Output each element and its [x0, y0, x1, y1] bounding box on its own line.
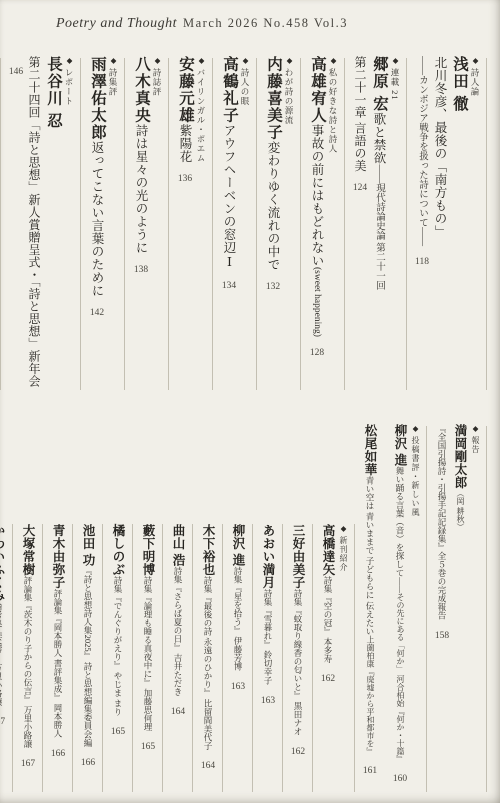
toc-entry: ◆報告満岡剛太郎（岡 耕秋）『全国引揚詩・引揚手記記録集』全５巻の完成報告158	[430, 424, 486, 796]
work-title: 変わりゆく流れの中で	[266, 141, 280, 271]
author-name: 松尾如華	[363, 424, 377, 476]
page-number: 118	[415, 257, 429, 267]
author-name: 柳沢 進	[231, 524, 245, 567]
work-title: 紫陽花	[178, 124, 192, 163]
category-label: ◆詩人論	[469, 56, 481, 394]
work-subtitle: 詩集『最後の詩 永遠のひかり』 比留間美代子	[203, 576, 213, 750]
page-number: 132	[266, 282, 280, 292]
work-subtitle: 青い空は 青いままで 子どもらに 伝えたい	[365, 476, 375, 635]
entry-body: 橘しのぶ詩集『でんぐりがえり』 やじま まり165	[109, 524, 127, 796]
work-note: ――その先にある「何か」 河合柏始『何か・十篇』	[396, 577, 405, 763]
author-name: 浅田 徹	[451, 56, 468, 112]
work-note: （岡 耕秋）	[456, 489, 465, 531]
entry-body: 高雄宥人事故の前にはもどれない(sweet happening)128	[307, 56, 327, 394]
page-number: 146	[9, 67, 23, 77]
work-title: 北川冬彦、最後の「南方もの」	[433, 56, 447, 238]
entry-body: 浅田 徹北川冬彦、最後の「南方もの」――カンボジア戦争を扱った詩について――11…	[413, 56, 469, 394]
toc-entry: ◆詩人論浅田 徹北川冬彦、最後の「南方もの」――カンボジア戦争を扱った詩について…	[410, 56, 486, 394]
work-subtitle: ――カンボジア戦争を扱った詩について――	[417, 56, 427, 246]
page-number: 134	[222, 281, 236, 291]
work-subtitle: 論考集『交響』 万里小路譲	[0, 602, 3, 706]
category-label: ◆私の好きな詩と詩人	[327, 56, 339, 394]
work-subtitle: 詩集『でんぐりがえり』 やじま まり	[113, 576, 123, 716]
category-label: ◆報告	[469, 424, 481, 796]
toc-entry: ◆バイリンガル・ポエム安藤元雄紫陽花136	[172, 56, 212, 394]
toc-entry: ◆レポート長谷川 忍第二十四回「詩と思想」新人賞贈呈式・「詩と思想」新年会146	[4, 56, 80, 394]
author-name: かわいふくみ	[0, 524, 5, 602]
author-name: 橘しのぶ	[111, 524, 125, 576]
diamond-icon: ◆	[411, 424, 420, 433]
category-label: ◆連載 21	[389, 56, 401, 394]
entry-body: 池田 功『詩と思想詩人集2025』 詩と思想編集委員会編166	[79, 524, 97, 796]
work-subtitle: 舞い踊る言葉（音）を探して	[395, 467, 405, 578]
page-number: 166	[81, 758, 95, 768]
diamond-icon: ◆	[471, 56, 480, 65]
toc-entry: 青木由弥子評論集『岡本勝人 書評集成』 岡本勝人166	[46, 424, 72, 796]
work-subtitle: 詩集『さらば夏の日』 吉井ただき	[173, 567, 183, 697]
diamond-icon: ◆	[153, 56, 162, 65]
page-number: 124	[353, 183, 367, 193]
diamond-icon: ◆	[241, 56, 250, 65]
page-number: 162	[291, 747, 305, 757]
category-label: ◆詩誌評	[151, 56, 163, 394]
work-subtitle: ――現代詩論史論 第二十一回	[374, 164, 384, 290]
toc-entry: 柳沢 進詩集『星を拾う』 伊藤芳博163	[226, 424, 252, 796]
work-subtitle: 詩集『雪暮れ』 鈴切幸子	[263, 589, 273, 685]
toc-entry: 池田 功『詩と思想詩人集2025』 詩と思想編集委員会編166	[76, 424, 102, 796]
toc-section-bottom: ◆報告満岡剛太郎（岡 耕秋）『全国引揚詩・引揚手記記録集』全５巻の完成報告158…	[12, 424, 490, 796]
page-number: 138	[134, 265, 148, 275]
author-name: 高鶴礼子	[221, 56, 238, 124]
entry-body: 三好由美子詩集『蚊取り線香の匂いと』 黒田ナオ162	[289, 524, 307, 796]
diamond-icon: ◆	[197, 56, 206, 65]
entry-body: 松尾如華青い空は 青いままで 子どもらに 伝えたい上薗柏康『廃墟から平和都市を』…	[361, 424, 379, 796]
author-name: 八木真央	[133, 56, 150, 124]
diamond-icon: ◆	[285, 56, 294, 65]
category-label: ◆新刊紹介	[337, 524, 349, 796]
author-name: 大塚常樹	[21, 524, 35, 576]
toc-entry: ◆詩集評雨澤佑太郎返ってこない言葉のために142	[84, 56, 124, 394]
toc-entry: あおい満月詩集『雪暮れ』 鈴切幸子163	[256, 424, 282, 796]
entry-body: 八木真央詩は星々の光のように138	[131, 56, 151, 394]
work-title: 第二十四回「詩と思想」新人賞贈呈式・「詩と思想」新年会	[27, 56, 41, 388]
entry-body: 藪下明博詩集『論理も睡る真夜中に』 加藤思何理165	[139, 524, 157, 796]
author-name: 安藤元雄	[177, 56, 194, 124]
toc-entry: 木下裕也詩集『最後の詩 永遠のひかり』 比留間美代子164	[196, 424, 222, 796]
entry-body: 曲山 浩詩集『さらば夏の日』 吉井ただき164	[169, 524, 187, 796]
toc-entry: かわいふくみ論考集『交響』 万里小路譲167	[0, 424, 12, 796]
work-title: アウフヘーベンの窓辺Ⅰ	[222, 124, 236, 270]
toc-entry: 三好由美子詩集『蚊取り線香の匂いと』 黒田ナオ162	[286, 424, 312, 796]
magazine-title-english: Poetry and Thought	[56, 16, 177, 31]
entry-body: 安藤元雄紫陽花136	[175, 56, 195, 394]
page-number: 163	[231, 682, 245, 692]
entry-body: 柳沢 進詩集『星を拾う』 伊藤芳博163	[229, 524, 247, 796]
entry-body: 内藤喜美子変わりゆく流れの中で132	[263, 56, 283, 394]
author-name: 池田 功	[81, 524, 95, 567]
toc-entry: ◆新刊紹介高橋達矢詩集『空の冠』 本多寿162	[316, 424, 354, 796]
entry-body: 柳沢 進舞い踊る言葉（音）を探して――その先にある「何か」 河合柏始『何か・十篇…	[391, 424, 409, 796]
page-number: 161	[363, 766, 377, 776]
entry-body: 高橋達矢詩集『空の冠』 本多寿162	[319, 524, 337, 796]
author-name: 長谷川 忍	[45, 56, 62, 129]
work-title: 事故の前にはもどれない	[310, 124, 324, 267]
work-subtitle: 詩集『論理も睡る真夜中に』 加藤思何理	[143, 576, 153, 731]
magazine-toc-page: Poetry and ThoughtMarch 2026 No.458 Vol.…	[0, 0, 500, 803]
entry-body: 青木由弥子評論集『岡本勝人 書評集成』 岡本勝人166	[49, 524, 67, 796]
page-number: 167	[21, 759, 35, 769]
author-name: 藪下明博	[141, 524, 155, 576]
page-number: 166	[51, 749, 65, 759]
toc-entry: 曲山 浩詩集『さらば夏の日』 吉井ただき164	[166, 424, 192, 796]
author-name: 三好由美子	[291, 524, 305, 589]
entry-body: 高鶴礼子アウフヘーベンの窓辺Ⅰ134	[219, 56, 239, 394]
page-number: 165	[141, 742, 155, 752]
work-subtitle: 評論集『茨木のり子からの伝言』 万里小路譲	[23, 576, 33, 748]
entry-body: 大塚常樹評論集『茨木のり子からの伝言』 万里小路譲167	[19, 524, 37, 796]
author-name: 曲山 浩	[171, 524, 185, 567]
page-number: 136	[178, 174, 192, 184]
entry-body: 木下裕也詩集『最後の詩 永遠のひかり』 比留間美代子164	[199, 524, 217, 796]
work-subtitle: 『詩と思想詩人集2025』 詩と思想編集委員会編	[83, 567, 93, 748]
entry-body: 満岡剛太郎（岡 耕秋）『全国引揚詩・引揚手記記録集』全５巻の完成報告158	[433, 424, 469, 796]
entry-body: かわいふくみ論考集『交響』 万里小路譲167	[0, 524, 7, 796]
work-subtitle: 詩集『星を拾う』 伊藤芳博	[233, 567, 243, 671]
page-number: 164	[201, 761, 215, 771]
entry-body: 雨澤佑太郎返ってこない言葉のために142	[87, 56, 107, 394]
author-name: あおい満月	[261, 524, 275, 589]
work-subtitle: 評論集『岡本勝人 書評集成』 岡本勝人	[53, 589, 63, 738]
work-subtitle: 『全国引揚詩・引揚手記記録集』全５巻の完成報告	[437, 424, 447, 620]
category-label: ◆詩集評	[107, 56, 119, 394]
toc-entry: ◆連載 21郷原 宏歌と禁欲――現代詩論史論 第二十一回第二十一章 言語の美12…	[348, 56, 406, 394]
work-subtitle: 詩集『蚊取り線香の匂いと』 黒田ナオ	[293, 589, 303, 736]
toc-entry: 藪下明博詩集『論理も睡る真夜中に』 加藤思何理165	[136, 424, 162, 796]
author-name: 柳沢 進	[393, 424, 407, 467]
entry-body: あおい満月詩集『雪暮れ』 鈴切幸子163	[259, 524, 277, 796]
page-number: 158	[435, 631, 449, 641]
page-number: 167	[0, 717, 5, 727]
page-number: 160	[393, 774, 407, 784]
toc-entry: ◆詩人の眼高鶴礼子アウフヘーベンの窓辺Ⅰ134	[216, 56, 256, 394]
work-subtitle: (sweet happening)	[312, 267, 322, 337]
category-label: ◆詩人の眼	[239, 56, 251, 394]
category-label: ◆投稿書評・新しい風	[409, 424, 421, 796]
toc-entry: ◆私の好きな詩と詩人高雄宥人事故の前にはもどれない(sweet happenin…	[304, 56, 344, 394]
entry-body: 長谷川 忍第二十四回「詩と思想」新人賞贈呈式・「詩と思想」新年会146	[7, 56, 63, 394]
toc-entry: 橘しのぶ詩集『でんぐりがえり』 やじま まり165	[106, 424, 132, 796]
author-name: 郷原 宏	[371, 56, 388, 112]
toc-entry: 大塚常樹評論集『茨木のり子からの伝言』 万里小路譲167	[16, 424, 42, 796]
toc-entry: ◆わが詩の源流内藤喜美子変わりゆく流れの中で132	[260, 56, 300, 394]
author-name: 高橋達矢	[321, 524, 335, 576]
diamond-icon: ◆	[65, 56, 74, 65]
diamond-icon: ◆	[109, 56, 118, 65]
author-name: 内藤喜美子	[265, 56, 282, 141]
issue-info: March 2026 No.458 Vol.3	[183, 16, 348, 30]
toc-section-top: ◆詩人論浅田 徹北川冬彦、最後の「南方もの」――カンボジア戦争を扱った詩について…	[12, 56, 490, 394]
author-name: 雨澤佑太郎	[89, 56, 106, 141]
page-number: 162	[321, 674, 335, 684]
diamond-icon: ◆	[329, 56, 338, 65]
toc-entry: ◆詩誌評八木真央詩は星々の光のように138	[128, 56, 168, 394]
work-title: 歌と禁欲	[372, 112, 386, 164]
diamond-icon: ◆	[339, 524, 348, 533]
page-number: 128	[310, 348, 324, 358]
diamond-icon: ◆	[391, 56, 400, 65]
toc-entry: ◆投稿書評・新しい風柳沢 進舞い踊る言葉（音）を探して――その先にある「何か」 …	[388, 424, 426, 796]
work-subtitle: 詩集『空の冠』 本多寿	[323, 576, 333, 663]
work-title: 詩は星々の光のように	[134, 124, 148, 254]
author-name: 高雄宥人	[309, 56, 326, 124]
work-title: 返ってこない言葉のために	[90, 141, 104, 297]
author-name: 木下裕也	[201, 524, 215, 576]
category-label: ◆わが詩の源流	[283, 56, 295, 394]
toc-entry: 松尾如華青い空は 青いままで 子どもらに 伝えたい上薗柏康『廃墟から平和都市を』…	[358, 424, 384, 796]
page-number: 142	[90, 308, 104, 318]
page-number: 165	[111, 727, 125, 737]
page-number: 164	[171, 707, 185, 717]
masthead: Poetry and ThoughtMarch 2026 No.458 Vol.…	[56, 14, 348, 32]
author-name: 満岡剛太郎	[453, 424, 467, 489]
diamond-icon: ◆	[471, 424, 480, 433]
page-number: 163	[261, 696, 275, 706]
author-name: 青木由弥子	[51, 524, 65, 589]
entry-body: 郷原 宏歌と禁欲――現代詩論史論 第二十一回第二十一章 言語の美124	[351, 56, 389, 394]
category-label: ◆レポート	[63, 56, 75, 394]
work-note: 上薗柏康『廃墟から平和都市を』	[366, 635, 375, 755]
category-label: ◆バイリンガル・ポエム	[195, 56, 207, 394]
work-title: 第二十一章 言語の美	[353, 56, 367, 172]
